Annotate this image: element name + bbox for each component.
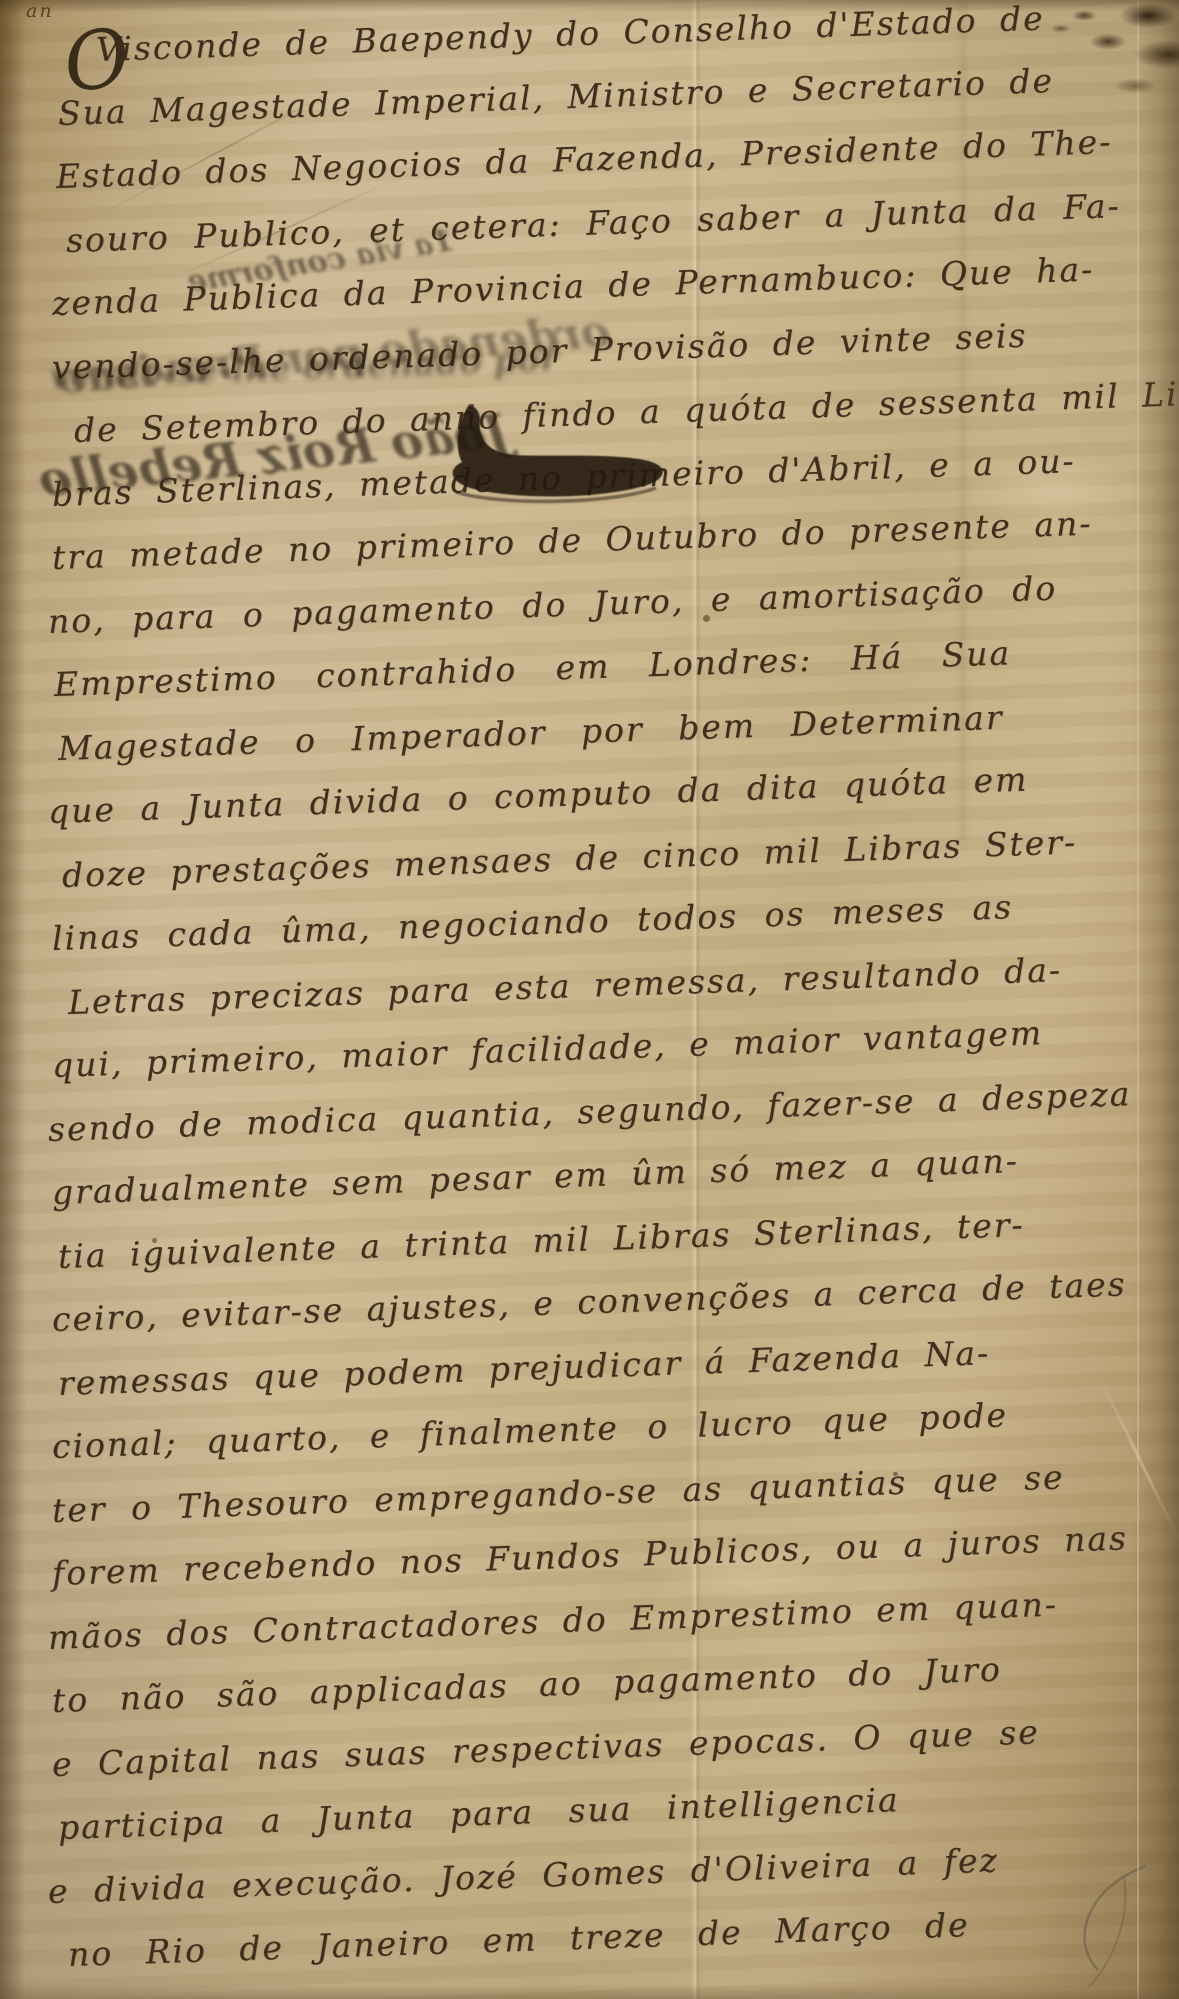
page-edge-bottom (0, 1985, 1179, 1999)
manuscript-line: Sua Magestade Imperial, Ministro e Secre… (57, 60, 1054, 132)
bleedthrough-clerk-note: 1a via conforme (185, 223, 456, 300)
manuscript-line: vendo-se-lhe ordenado por Provisão de vi… (51, 315, 1028, 386)
adhesive-stains (1010, 0, 1179, 130)
bleedthrough-smudged-words: vendo-se-lhe ordenado por (49, 339, 558, 397)
bleedthrough-layer: 1a via conformeordenado por Provisaovend… (0, 0, 1179, 1999)
manuscript-line: linas cada ûma, negociando todos os mese… (51, 887, 1013, 958)
manuscript-line: e divida execução. Jozé Gomes d'Oliveira… (47, 1840, 999, 1911)
manuscript-line: doze prestações mensaes de cinco mil Lib… (61, 822, 1077, 895)
page-edge-top (0, 0, 1179, 12)
pencil-scratch (161, 177, 399, 285)
foxing-speck (152, 1238, 157, 1243)
ink-blot (428, 404, 692, 518)
foxing-speck (893, 1472, 898, 1476)
manuscript-line: participa a Junta para sua intelligencia (57, 1780, 900, 1847)
manuscript-line: qui, primeiro, maior facilidade, e maior… (51, 1013, 1043, 1085)
manuscript-line: Letras precizas para esta remessa, resul… (67, 950, 1062, 1022)
manuscript-line: que a Junta divida o computo da dita quó… (47, 759, 1029, 830)
manuscript-line: e Capital nas suas respectivas epocas. O… (51, 1712, 1040, 1784)
fold-crease-secondary (955, 0, 971, 840)
page-edge-right (1133, 0, 1179, 1999)
manuscript-line: to não são applicadas ao pagamento do Ju… (51, 1650, 1002, 1720)
fold-crease-vertical (691, 0, 701, 1999)
manuscript-line: no Rio de Janeiro em treze de Março de (67, 1905, 970, 1974)
manuscript-lines: Visconde de Baependy do Conselho d'Estad… (0, 0, 1179, 1999)
manuscript-line: no, para o pagamento do Juro, e amortisa… (47, 568, 1057, 640)
manuscript-line: cional; quarto, e finalmente o lucro que… (51, 1395, 1008, 1466)
foxing-speck (703, 615, 710, 622)
manuscript-line: ter o Thesouro empregando-se as quantias… (51, 1457, 1065, 1530)
manuscript-line: ceiro, evitar-se ajustes, e convenções a… (51, 1264, 1127, 1339)
manuscript-line: mãos dos Contractadores do Emprestimo em… (47, 1584, 1058, 1656)
manuscript-line: Magestade o Imperador por bem Determinar (57, 697, 1004, 767)
manuscript-line: sendo de modica quantia, segundo, fazer-… (47, 1074, 1132, 1149)
ornate-initial: O (59, 10, 135, 110)
manuscript-line: remessas que podem prejudicar á Fazenda … (57, 1333, 990, 1403)
manuscript-line: gradualmente sem pesar em ûm só mez a qu… (51, 1141, 1019, 1212)
manuscript-line: zenda Publica da Provincia de Pernambuco… (51, 249, 1094, 323)
manuscript-line: Emprestimo contrahido em Londres: Há Sua (53, 633, 1011, 704)
manuscript-page: an O Visconde de Baependy do Conselho d'… (0, 0, 1179, 1999)
bleedthrough-signature-upper: ordenado por Provisao (54, 306, 613, 405)
manuscript-line: tia iguivalente a trinta mil Libras Ster… (57, 1204, 1025, 1275)
page-edge-left (0, 0, 26, 1999)
manuscript-line: forem recebendo nos Fundos Publicos, ou … (51, 1518, 1128, 1593)
